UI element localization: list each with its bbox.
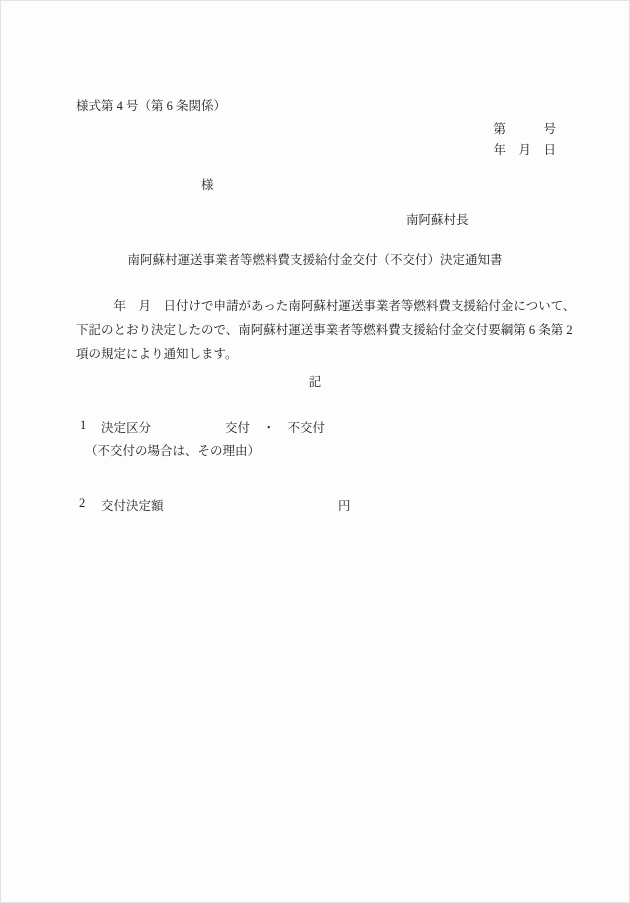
item-1-number: 1	[80, 418, 86, 433]
document-title: 南阿蘇村運送事業者等燃料費支援給付金交付（不交付）決定通知書	[1, 253, 629, 268]
body-line-2: 下記のとおり決定したので、南阿蘇村運送事業者等燃料費支援給付金交付要綱第 6 条…	[76, 318, 576, 342]
document-number-line: 第 号	[493, 122, 556, 137]
item-1-label: 決定区分	[101, 418, 151, 436]
item-1-note: （不交付の場合は、その理由）	[85, 441, 260, 459]
item-2-amount-unit: 円	[338, 496, 351, 514]
body-line-3: 項の規定により通知します。	[76, 342, 576, 366]
recipient-honorific: 様	[201, 178, 214, 193]
item-1-value: 交付 ・ 不交付	[225, 418, 325, 436]
sender-title: 南阿蘇村長	[406, 213, 469, 228]
form-number: 様式第 4 号（第 6 条関係）	[76, 99, 226, 114]
date-line: 年 月 日	[493, 143, 556, 158]
item-2-number: 2	[79, 496, 85, 511]
document-page: 様式第 4 号（第 6 条関係） 第 号 年 月 日 様 南阿蘇村長 南阿蘇村運…	[0, 0, 630, 903]
section-marker-ki: 記	[1, 375, 629, 390]
item-2-label: 交付決定額	[101, 496, 164, 514]
body-paragraph: 年 月 日付けで申請があった南阿蘇村運送事業者等燃料費支援給付金について、 下記…	[76, 294, 576, 366]
body-line-1: 年 月 日付けで申請があった南阿蘇村運送事業者等燃料費支援給付金について、	[76, 294, 576, 318]
